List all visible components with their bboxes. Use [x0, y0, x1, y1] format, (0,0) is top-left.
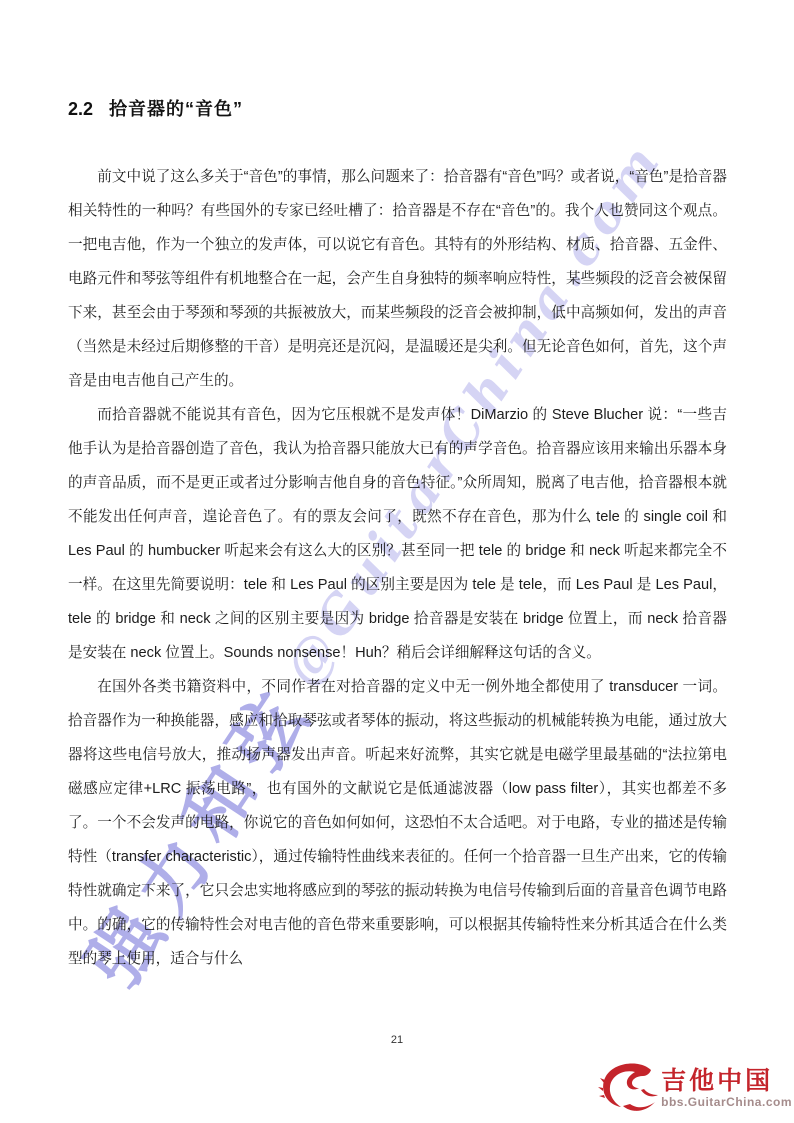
paragraph-2: 而拾音器就不能说其有音色，因为它压根就不是发声体！DiMarzio 的 Stev… [68, 398, 727, 670]
logo-text-block: 吉他中国 bbs.GuitarChina.com [661, 1067, 792, 1109]
heading-title: 拾音器的“音色” [109, 99, 243, 119]
logo-site-url: bbs.GuitarChina.com [661, 1095, 792, 1109]
paragraph-1: 前文中说了这么多关于“音色”的事情，那么问题来了：拾音器有“音色”吗？或者说，“… [68, 160, 727, 398]
section-heading: 2.2拾音器的“音色” [68, 95, 243, 121]
paragraph-3: 在国外各类书籍资料中，不同作者在对拾音器的定义中无一例外地全都使用了 trans… [68, 670, 727, 976]
site-logo: 吉他中国 bbs.GuitarChina.com [597, 1062, 792, 1114]
logo-site-name: 吉他中国 [661, 1067, 773, 1095]
heading-number: 2.2 [68, 99, 93, 119]
guitar-china-dragon-icon [597, 1062, 659, 1114]
page-number: 21 [0, 1034, 794, 1046]
body-text: 前文中说了这么多关于“音色”的事情，那么问题来了：拾音器有“音色”吗？或者说，“… [68, 160, 727, 976]
document-page: 2.2拾音器的“音色” 前文中说了这么多关于“音色”的事情，那么问题来了：拾音器… [0, 0, 794, 1123]
